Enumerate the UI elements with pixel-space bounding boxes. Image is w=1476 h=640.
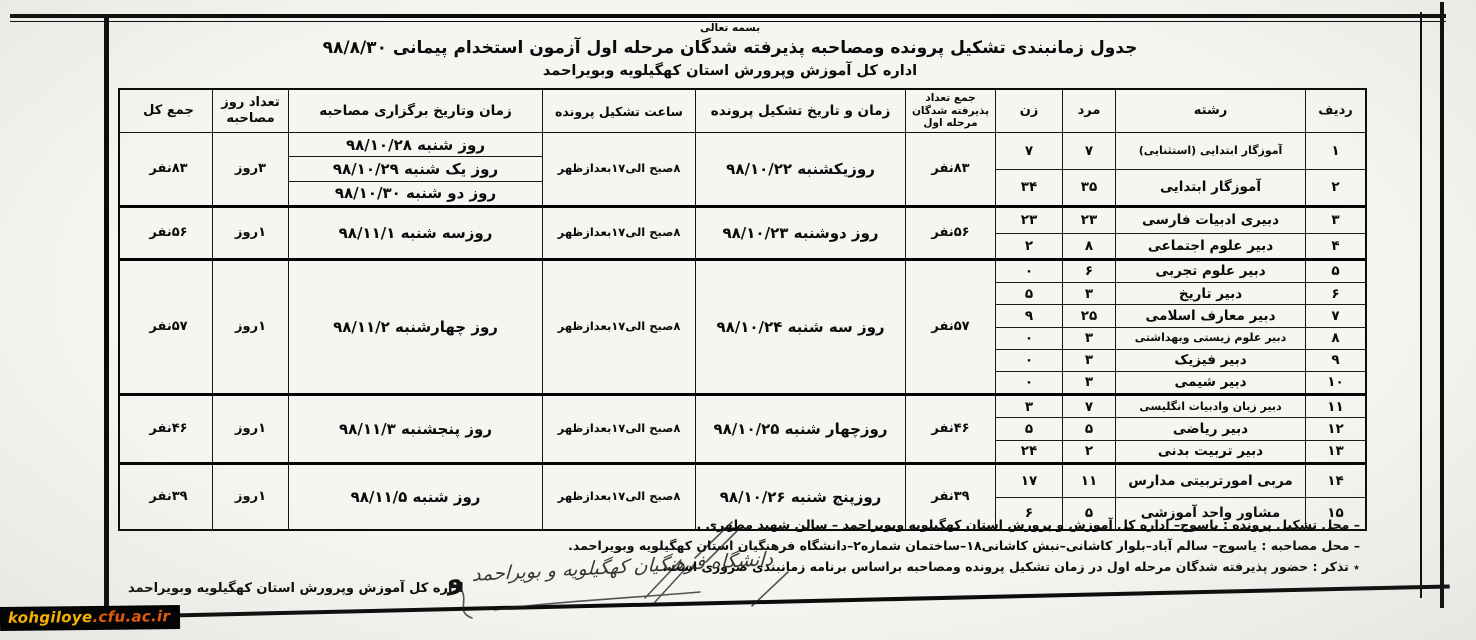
cell-zan: ۰۵۹۰۰۰ [995, 261, 1062, 393]
cell-mard-value: ۳ [1063, 328, 1115, 350]
cell-jam: ۴۶نفر [905, 396, 995, 462]
cell-reshte-value: دبیر ریاضی [1116, 418, 1305, 440]
signature-flourish: و [444, 563, 465, 596]
cell-total: ۳۹نفر [125, 465, 212, 529]
cell-mard-value: ۳ [1063, 372, 1115, 393]
cell-reshte-value: دبیر معارف اسلامی [1116, 305, 1305, 327]
cell-reshte-value: آموزگار ابتدایی [1116, 170, 1305, 206]
cell-radif: ۱۲ [1305, 133, 1365, 205]
cell-radif-value: ۷ [1306, 305, 1365, 327]
frame-top-line [10, 14, 1446, 18]
cell-radif-value: ۱۰ [1306, 372, 1365, 393]
cell-reshte: آموزگار ابتدایی (استثنایی)آموزگار ابتدای… [1115, 133, 1305, 205]
cell-mard-value: ۲۵ [1063, 305, 1115, 327]
cell-fdate: روزچهار شنبه ۹۸/۱۰/۲۵ [695, 396, 905, 462]
cell-radif: ۵۶۷۸۹۱۰ [1305, 261, 1365, 393]
column-header-reshte: رشته [1115, 90, 1305, 132]
cell-zan: ۳۵۲۴ [995, 396, 1062, 462]
cell-reshte-value: دبیر زبان وادبیات انگلیسی [1116, 396, 1305, 418]
watermark-site-name: kohgiloye [8, 608, 93, 627]
cell-reshte-value: دبیر علوم اجتماعی [1116, 234, 1305, 259]
table-group: ۱۲آموزگار ابتدایی (استثنایی)آموزگار ابتد… [120, 133, 1365, 205]
interview-date: روز دو شنبه ۹۸/۱۰/۳۰ [289, 182, 542, 205]
cell-reshte: دبیری ادبیات فارسیدبیر علوم اجتماعی [1115, 208, 1305, 258]
cell-mard-value: ۲ [1063, 441, 1115, 462]
cell-saat: ۸صبح الی۱۷بعدازظهر [542, 133, 695, 205]
cell-days: ۱روز [212, 208, 288, 258]
issuing-organization: اداره کل آموزش وپرورش استان کهگیلویه وبو… [128, 581, 464, 596]
table-header-row: ردیفرشتهمردزنجمع تعداد پذیرفته شدگان مرح… [120, 90, 1365, 133]
cell-reshte-value: دبیر علوم تجربی [1116, 261, 1305, 283]
cell-zan-value: ۱۷ [996, 465, 1062, 498]
cell-zan-value: ۹ [996, 305, 1062, 327]
cell-radif-value: ۱ [1306, 133, 1365, 170]
cell-idate: روز پنجشنبه ۹۸/۱۱/۳ [288, 396, 542, 462]
cell-radif-value: ۵ [1306, 261, 1365, 283]
cell-radif: ۱۱۱۲۱۳ [1305, 396, 1365, 462]
cell-radif-value: ۱۳ [1306, 441, 1365, 462]
cell-zan: ۷۳۴ [995, 133, 1062, 205]
cell-mard-value: ۲۳ [1063, 208, 1115, 234]
cell-jam: ۵۶نفر [905, 208, 995, 258]
handwritten-signature: دانشگاه فرهنگیان کهگیلویه و بویراحمد [472, 548, 774, 586]
cell-fdate: روزیکشنبه ۹۸/۱۰/۲۲ [695, 133, 905, 205]
frame-right-line-outer [1440, 2, 1444, 608]
cell-mard-value: ۵ [1063, 418, 1115, 440]
cell-mard: ۶۳۲۵۳۳۳ [1062, 261, 1115, 393]
cell-jam: ۵۷نفر [905, 261, 995, 393]
schedule-table: ردیفرشتهمردزنجمع تعداد پذیرفته شدگان مرح… [118, 88, 1367, 531]
cell-radif-value: ۳ [1306, 208, 1365, 234]
cell-mard-value: ۷ [1063, 133, 1115, 170]
cell-radif-value: ۹ [1306, 350, 1365, 372]
cell-zan-value: ۰ [996, 328, 1062, 350]
column-header-days: تعداد روز مصاحبه [212, 90, 288, 132]
cell-zan-value: ۵ [996, 418, 1062, 440]
cell-reshte-value: دبیر تاریخ [1116, 283, 1305, 305]
table-group: ۳۴دبیری ادبیات فارسیدبیر علوم اجتماعی۲۳۸… [120, 205, 1365, 258]
frame-left-line [104, 14, 109, 608]
cell-mard-value: ۶ [1063, 261, 1115, 283]
cell-idate: روز شنبه ۹۸/۱۱/۵ [288, 465, 542, 529]
cell-radif: ۳۴ [1305, 208, 1365, 258]
site-watermark: kohgiloye.cfu.ac.ir [0, 605, 180, 631]
cell-total: ۵۷نفر [125, 261, 212, 393]
bismillah-text: بسمه تعالی [70, 22, 1390, 34]
column-header-jam: جمع تعداد پذیرفته شدگان مرحله اول [905, 90, 995, 132]
cell-fdate: روز دوشنبه ۹۸/۱۰/۲۳ [695, 208, 905, 258]
column-header-fdate: زمان و تاریخ تشکیل پرونده [695, 90, 905, 132]
cell-mard-value: ۳ [1063, 283, 1115, 305]
cell-reshte-value: مربی امورتربیتی مدارس [1116, 465, 1305, 498]
cell-zan-value: ۲ [996, 234, 1062, 259]
cell-mard: ۷۳۵ [1062, 133, 1115, 205]
cell-zan-value: ۵ [996, 283, 1062, 305]
table-group: ۵۶۷۸۹۱۰دبیر علوم تجربیدبیر تاریخدبیر معا… [120, 258, 1365, 393]
cell-zan-value: ۰ [996, 350, 1062, 372]
cell-zan-value: ۰ [996, 261, 1062, 283]
document-title: جدول زمانبندی تشکیل پرونده ومصاحبه پذیرف… [70, 38, 1390, 58]
cell-fdate: روز سه شنبه ۹۸/۱۰/۲۴ [695, 261, 905, 393]
cell-mard: ۲۳۸ [1062, 208, 1115, 258]
column-header-saat: ساعت تشکیل پرونده [542, 90, 695, 132]
cell-reshte-value: دبیر تربیت بدنی [1116, 441, 1305, 462]
cell-saat: ۸صبح الی۱۷بعدازظهر [542, 208, 695, 258]
cell-zan-value: ۳ [996, 396, 1062, 418]
document-subtitle: اداره کل آموزش وپرورش استان کهگیلویه وبو… [70, 63, 1390, 79]
cell-mard-value: ۸ [1063, 234, 1115, 259]
cell-radif-value: ۱۴ [1306, 465, 1365, 498]
cell-mard-value: ۱۱ [1063, 465, 1115, 498]
cell-zan: ۲۳۲ [995, 208, 1062, 258]
column-header-mard: مرد [1062, 90, 1115, 132]
cell-zan-value: ۳۴ [996, 170, 1062, 206]
cell-reshte-value: دبیری ادبیات فارسی [1116, 208, 1305, 234]
note-interview-location: – محل مصاحبه : یاسوج– سالم آباد–بلوار کا… [568, 538, 1360, 553]
cell-radif-value: ۱۲ [1306, 418, 1365, 440]
cell-reshte-value: آموزگار ابتدایی (استثنایی) [1116, 133, 1305, 170]
table-group: ۱۱۱۲۱۳دبیر زبان وادبیات انگلیسیدبیر ریاض… [120, 393, 1365, 462]
cell-total: ۸۳نفر [125, 133, 212, 205]
cell-idate: روزسه شنبه ۹۸/۱۱/۱ [288, 208, 542, 258]
cell-zan-value: ۲۳ [996, 208, 1062, 234]
column-header-radif: ردیف [1305, 90, 1365, 132]
cell-mard: ۷۵۲ [1062, 396, 1115, 462]
cell-radif-value: ۲ [1306, 170, 1365, 206]
cell-jam: ۸۳نفر [905, 133, 995, 205]
cell-zan-value: ۰ [996, 372, 1062, 393]
cell-days: ۱روز [212, 465, 288, 529]
note-file-location: – محل تشکیل پرونده : یاسوج– اداره کل آمو… [697, 517, 1361, 532]
cell-days: ۱روز [212, 396, 288, 462]
cell-days: ۱روز [212, 261, 288, 393]
cell-saat: ۸صبح الی۱۷بعدازظهر [542, 261, 695, 393]
cell-radif-value: ۸ [1306, 328, 1365, 350]
column-header-idate: زمان وتاریخ برگزاری مصاحبه [288, 90, 542, 132]
cell-reshte-value: دبیر علوم زیستی وبهداشتی [1116, 328, 1305, 350]
frame-right-line-inner [1420, 12, 1422, 598]
cell-idate: روز شنبه ۹۸/۱۰/۲۸روز یک شنبه ۹۸/۱۰/۲۹روز… [288, 133, 542, 205]
watermark-site-domain: .cfu.ac.ir [92, 607, 170, 626]
cell-days: ۳روز [212, 133, 288, 205]
cell-saat: ۸صبح الی۱۷بعدازظهر [542, 396, 695, 462]
cell-total: ۴۶نفر [125, 396, 212, 462]
cell-reshte: دبیر علوم تجربیدبیر تاریخدبیر معارف اسلا… [1115, 261, 1305, 393]
cell-radif-value: ۱۱ [1306, 396, 1365, 418]
cell-idate: روز چهارشنبه ۹۸/۱۱/۲ [288, 261, 542, 393]
cell-reshte-value: دبیر فیزیک [1116, 350, 1305, 372]
cell-radif-value: ۴ [1306, 234, 1365, 259]
cell-reshte-value: دبیر شیمی [1116, 372, 1305, 393]
cell-zan-value: ۷ [996, 133, 1062, 170]
interview-date: روز شنبه ۹۸/۱۰/۲۸ [289, 133, 542, 157]
cell-radif-value: ۶ [1306, 283, 1365, 305]
cell-reshte: دبیر زبان وادبیات انگلیسیدبیر ریاضیدبیر … [1115, 396, 1305, 462]
cell-saat: ۸صبح الی۱۷بعدازظهر [542, 465, 695, 529]
cell-mard-value: ۳ [1063, 350, 1115, 372]
cell-zan-value: ۲۴ [996, 441, 1062, 462]
cell-mard-value: ۷ [1063, 396, 1115, 418]
cell-total: ۵۶نفر [125, 208, 212, 258]
column-header-total: جمع کل [125, 90, 212, 132]
column-header-zan: زن [995, 90, 1062, 132]
scanned-page: بسمه تعالی جدول زمانبندی تشکیل پرونده وم… [0, 0, 1476, 640]
interview-date: روز یک شنبه ۹۸/۱۰/۲۹ [289, 157, 542, 181]
cell-mard-value: ۳۵ [1063, 170, 1115, 206]
